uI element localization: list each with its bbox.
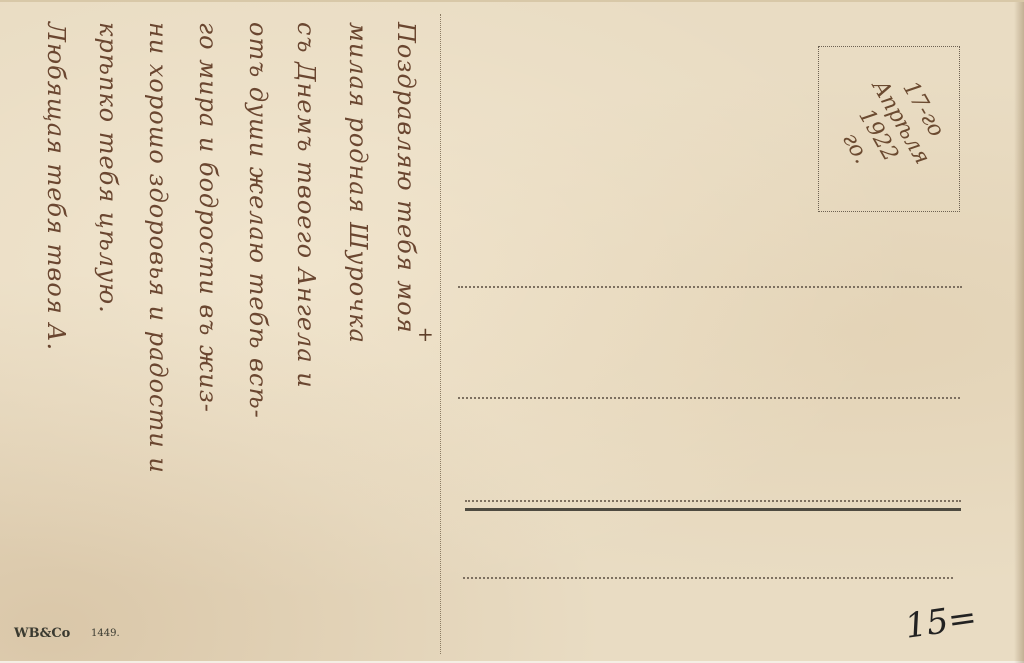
stamp-box: 17-го Апрѣля 1922 го. xyxy=(818,46,960,212)
handwritten-letter: Поздравляю тебя моя милая родная Шурочка… xyxy=(8,22,428,642)
address-line-4 xyxy=(463,577,953,579)
address-line-3 xyxy=(465,500,961,502)
letter-line-1: Поздравляю тебя моя xyxy=(374,22,420,642)
cross-mark: + xyxy=(417,322,434,346)
letter-line-2: милая родная Шурочка xyxy=(326,22,372,642)
postcard-back: Поздравляю тебя моя милая родная Шурочка… xyxy=(0,0,1024,661)
handwritten-date: 17-го Апрѣля 1922 го. xyxy=(821,63,958,195)
address-line-1 xyxy=(458,286,962,288)
letter-line-4: отъ души желаю тебѣ всѣ- xyxy=(226,22,272,642)
publisher-mark: WB&Co xyxy=(14,626,70,641)
catalog-number: 1449. xyxy=(91,628,120,639)
address-line-2 xyxy=(458,397,960,399)
card-edge-shadow xyxy=(1014,2,1024,661)
price-mark: 15= xyxy=(903,597,980,647)
center-divider xyxy=(440,14,441,654)
address-underline-solid xyxy=(465,508,961,511)
letter-signature: Любящая тебя твоя А. xyxy=(24,22,70,642)
letter-line-5: го мира и бодрости въ жиз- xyxy=(176,22,222,642)
letter-line-6: ни хорошо здоровья и радости и xyxy=(126,22,172,642)
letter-line-7: крѣпко тебя цѣлую. xyxy=(76,22,122,642)
letter-line-3: съ Днемъ твоего Ангела и xyxy=(274,22,320,642)
